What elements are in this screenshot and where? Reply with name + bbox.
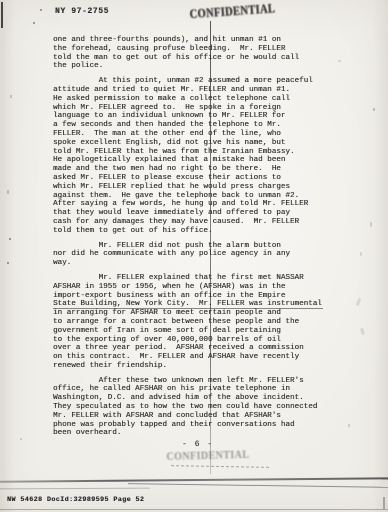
scan-speck	[33, 22, 35, 24]
paper-edge-line	[0, 509, 388, 510]
confidential-stamp-bottom: CONFIDENTIAL	[166, 449, 249, 463]
scan-speck	[356, 298, 362, 307]
file-number: NY 97-2755	[55, 7, 109, 16]
paragraph-4: Mr. FELLER explained that he first met N…	[53, 274, 333, 371]
underline-artifact	[53, 308, 323, 309]
scan-speck	[40, 9, 42, 11]
confidential-stamp-top: CONFIDENTIAL	[189, 1, 276, 22]
scan-speck	[7, 262, 9, 264]
page-number: - 6 -	[182, 440, 214, 449]
paragraph-1: one and three-fourths pounds), and hit u…	[53, 36, 333, 71]
scan-speck	[338, 60, 341, 62]
stamp-underline-artifact	[171, 465, 269, 468]
scan-speck	[373, 108, 375, 111]
archive-reference: NW 54628 DocId:32989595 Page 52	[7, 496, 144, 504]
scan-speck	[370, 222, 372, 227]
scan-speck	[360, 252, 362, 256]
paper-edge-line	[128, 483, 388, 488]
scan-speck	[383, 497, 385, 509]
scan-speck	[348, 424, 350, 427]
scan-speck	[10, 95, 12, 98]
paragraph-5: After these two unknown men left Mr. FEL…	[53, 377, 333, 439]
scan-speck	[360, 328, 365, 336]
scanned-document-page: NY 97-2755 CONFIDENTIAL one and three-fo…	[0, 0, 388, 512]
scan-speck	[9, 238, 11, 240]
scan-speck	[20, 438, 22, 440]
paper-edge-line	[0, 488, 150, 490]
paragraph-2: At this point, unman #2 assumed a more p…	[53, 77, 333, 235]
document-body: one and three-fourths pounds), and hit u…	[53, 36, 333, 444]
paper-edge-line	[0, 477, 388, 482]
scan-speck	[7, 190, 9, 194]
paragraph-3: Mr. FELLER did not push the alarm button…	[53, 242, 333, 268]
scan-edge-mark	[1, 2, 3, 28]
